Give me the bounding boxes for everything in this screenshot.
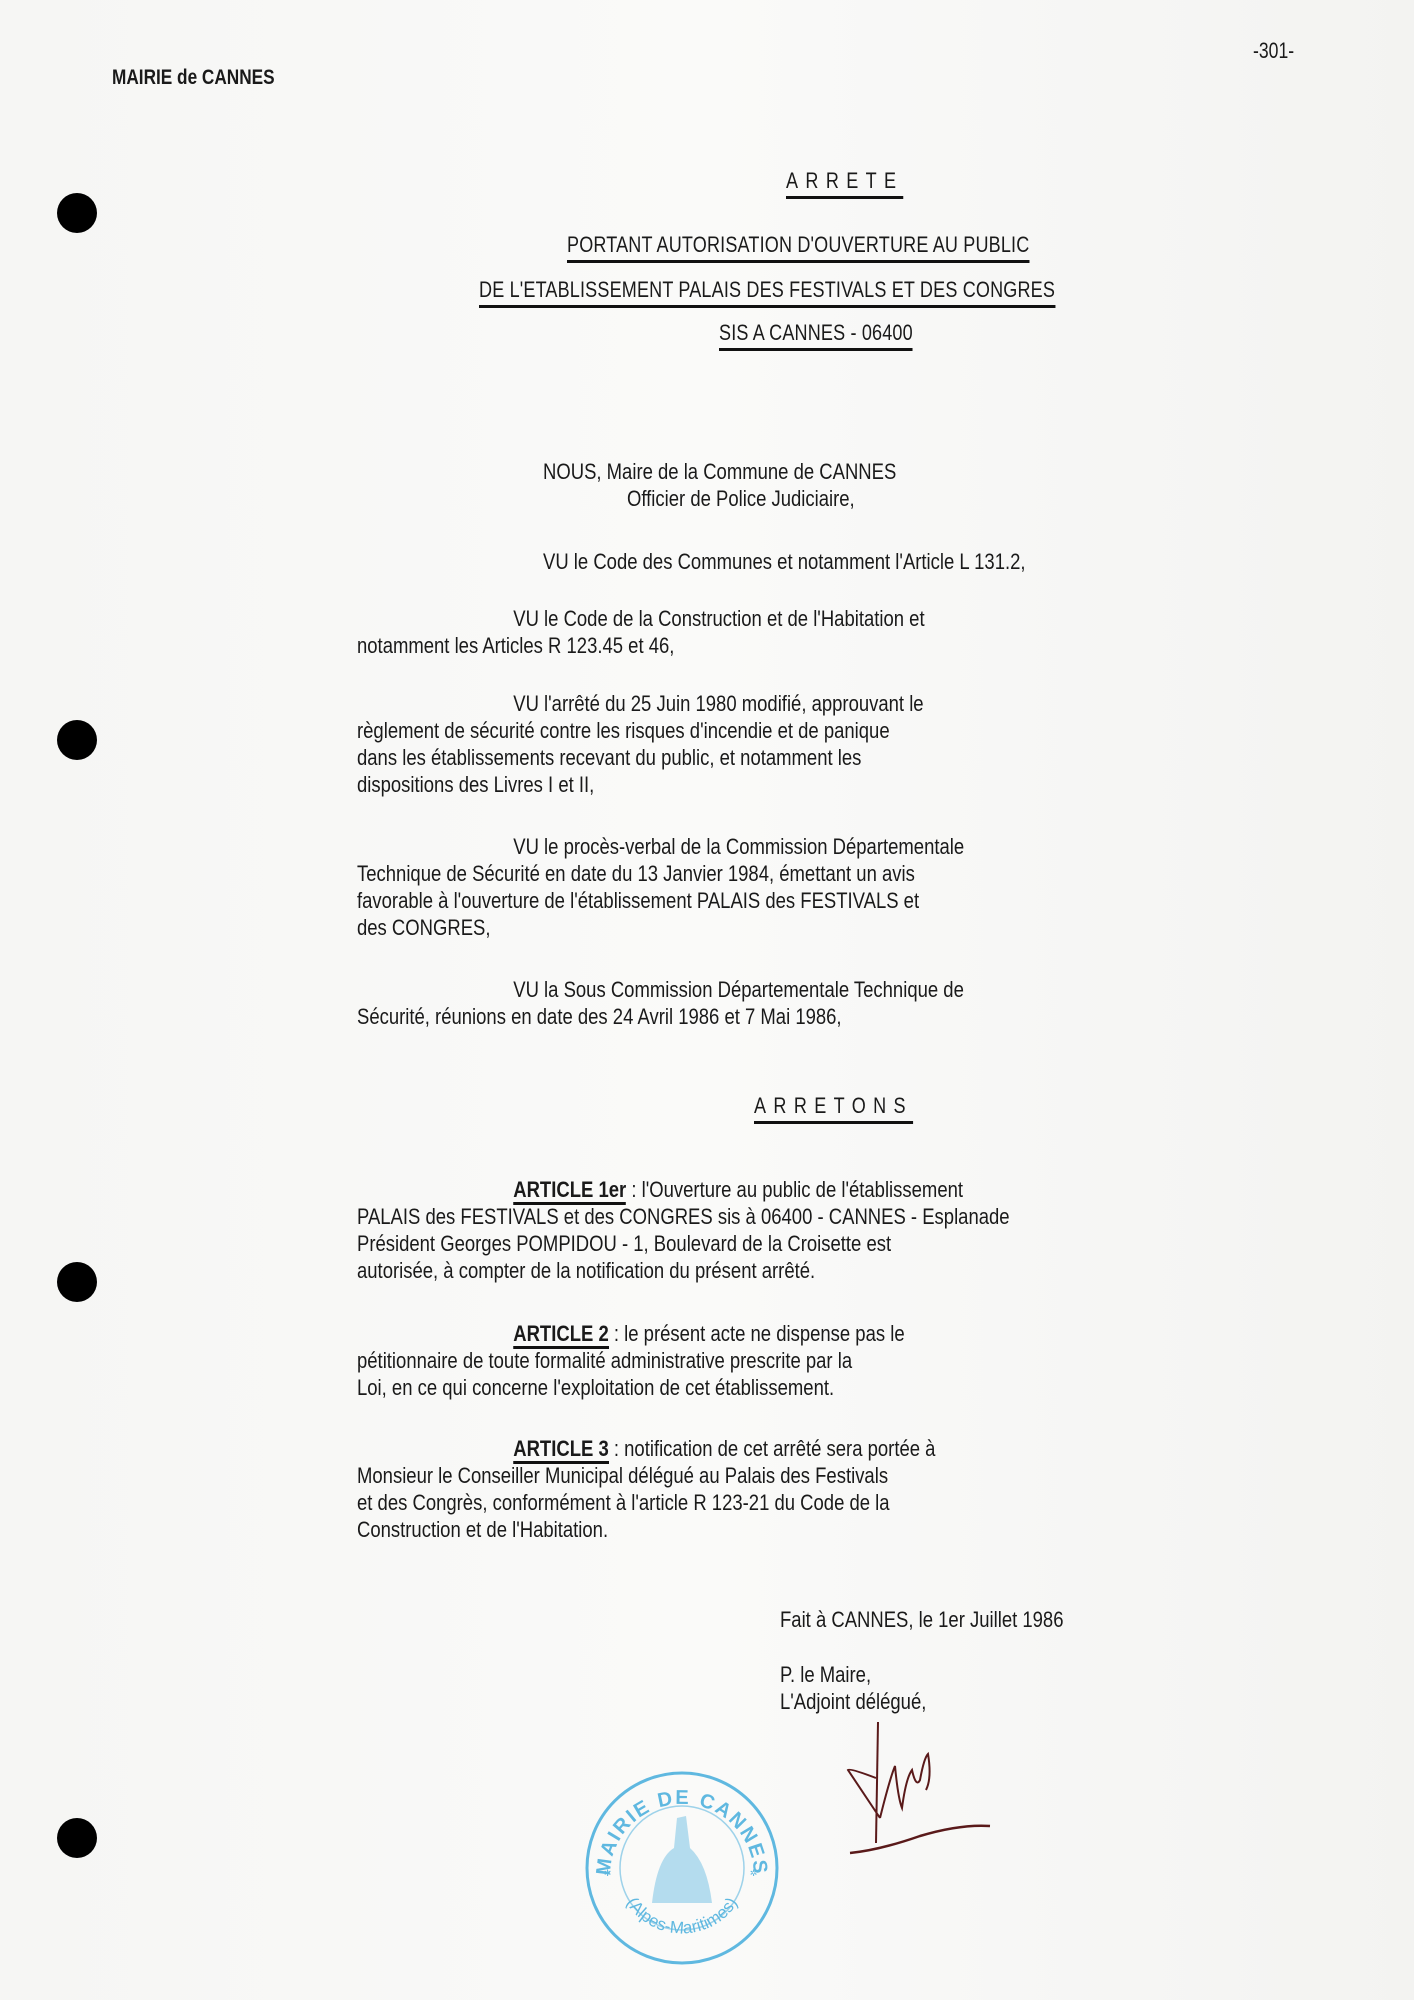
article-2: ARTICLE 2 : le présent acte ne dispense … bbox=[357, 1320, 1368, 1401]
article-text: : l'Ouverture au public de l'établisseme… bbox=[631, 1177, 963, 1202]
consideration-line: VU le Code de la Construction et de l'Ha… bbox=[357, 605, 1206, 632]
consideration-line: VU la Sous Commission Départementale Tec… bbox=[357, 976, 1206, 1003]
subtitle-line-2: DE L'ETABLISSEMENT PALAIS DES FESTIVALS … bbox=[479, 277, 1055, 308]
article-line: Construction et de l'Habitation. bbox=[357, 1516, 1206, 1543]
consideration-line: dispositions des Livres I et II, bbox=[357, 771, 1206, 798]
article-label: ARTICLE 1er bbox=[513, 1177, 626, 1205]
article-label: ARTICLE 2 bbox=[513, 1321, 608, 1349]
signature bbox=[840, 1718, 1040, 1868]
official-stamp: MAIRIE DE CANNES (Alpes-Maritimes) ✲ ✲ bbox=[582, 1768, 782, 1968]
article-line: Monsieur le Conseiller Municipal délégué… bbox=[357, 1462, 1206, 1489]
consideration-line: VU le Code des Communes et notamment l'A… bbox=[543, 548, 1392, 575]
consideration-line: dans les établissements recevant du publ… bbox=[357, 744, 1206, 771]
consideration-line: VU l'arrêté du 25 Juin 1980 modifié, app… bbox=[357, 690, 1206, 717]
article-line: et des Congrès, conformément à l'article… bbox=[357, 1489, 1206, 1516]
closing-block: Fait à CANNES, le 1er Juillet 1986 P. le… bbox=[780, 1606, 1280, 1715]
place-date: Fait à CANNES, le 1er Juillet 1986 bbox=[780, 1606, 1200, 1633]
article-line: PALAIS des FESTIVALS et des CONGRES sis … bbox=[357, 1203, 1206, 1230]
consideration-line: Sécurité, réunions en date des 24 Avril … bbox=[357, 1003, 1206, 1030]
page-number: -301- bbox=[1253, 38, 1294, 64]
article-text: : notification de cet arrêté sera portée… bbox=[614, 1436, 936, 1461]
article-label: ARTICLE 3 bbox=[513, 1436, 608, 1464]
issuer-header: MAIRIE de CANNES bbox=[112, 66, 275, 90]
consideration-line: règlement de sécurité contre les risques… bbox=[357, 717, 1206, 744]
consideration-5: VU la Sous Commission Départementale Tec… bbox=[357, 976, 1368, 1030]
consideration-line: Technique de Sécurité en date du 13 Janv… bbox=[357, 860, 1206, 887]
document-title: ARRETE bbox=[786, 168, 903, 199]
article-line: autorisée, à compter de la notification … bbox=[357, 1257, 1206, 1284]
signatory-line-1: P. le Maire, bbox=[780, 1661, 1200, 1688]
punch-hole bbox=[57, 1818, 97, 1858]
consideration-1: VU le Code des Communes et notamment l'A… bbox=[543, 548, 1414, 575]
svg-text:✲: ✲ bbox=[604, 1865, 611, 1879]
subtitle-line-1: PORTANT AUTORISATION D'OUVERTURE AU PUBL… bbox=[567, 232, 1029, 263]
consideration-line: VU le procès-verbal de la Commission Dép… bbox=[357, 833, 1206, 860]
article-1: ARTICLE 1er : l'Ouverture au public de l… bbox=[357, 1176, 1368, 1284]
consideration-line: des CONGRES, bbox=[357, 914, 1206, 941]
subtitle-line-3: SIS A CANNES - 06400 bbox=[719, 320, 913, 351]
nous-block: NOUS, Maire de la Commune de CANNES Offi… bbox=[543, 458, 1414, 512]
document-page: MAIRIE de CANNES -301- ARRETE PORTANT AU… bbox=[0, 0, 1414, 2000]
nous-title-line: Officier de Police Judiciaire, bbox=[543, 485, 1392, 512]
article-3: ARTICLE 3 : notification de cet arrêté s… bbox=[357, 1435, 1368, 1543]
article-line: Président Georges POMPIDOU - 1, Boulevar… bbox=[357, 1230, 1206, 1257]
svg-text:✲: ✲ bbox=[750, 1865, 757, 1879]
consideration-2: VU le Code de la Construction et de l'Ha… bbox=[357, 605, 1368, 659]
consideration-line: notamment les Articles R 123.45 et 46, bbox=[357, 632, 1206, 659]
signatory-line-2: L'Adjoint délégué, bbox=[780, 1688, 1200, 1715]
article-line: Loi, en ce qui concerne l'exploitation d… bbox=[357, 1374, 1206, 1401]
consideration-4: VU le procès-verbal de la Commission Dép… bbox=[357, 833, 1368, 941]
decision-heading: ARRETONS bbox=[754, 1093, 913, 1124]
nous-line: NOUS, Maire de la Commune de CANNES bbox=[543, 458, 1392, 485]
consideration-3: VU l'arrêté du 25 Juin 1980 modifié, app… bbox=[357, 690, 1368, 798]
article-line: pétitionnaire de toute formalité adminis… bbox=[357, 1347, 1206, 1374]
punch-hole bbox=[57, 193, 97, 233]
consideration-line: favorable à l'ouverture de l'établisseme… bbox=[357, 887, 1206, 914]
article-text: : le présent acte ne dispense pas le bbox=[614, 1321, 905, 1346]
punch-hole bbox=[57, 1262, 97, 1302]
punch-hole bbox=[57, 720, 97, 760]
